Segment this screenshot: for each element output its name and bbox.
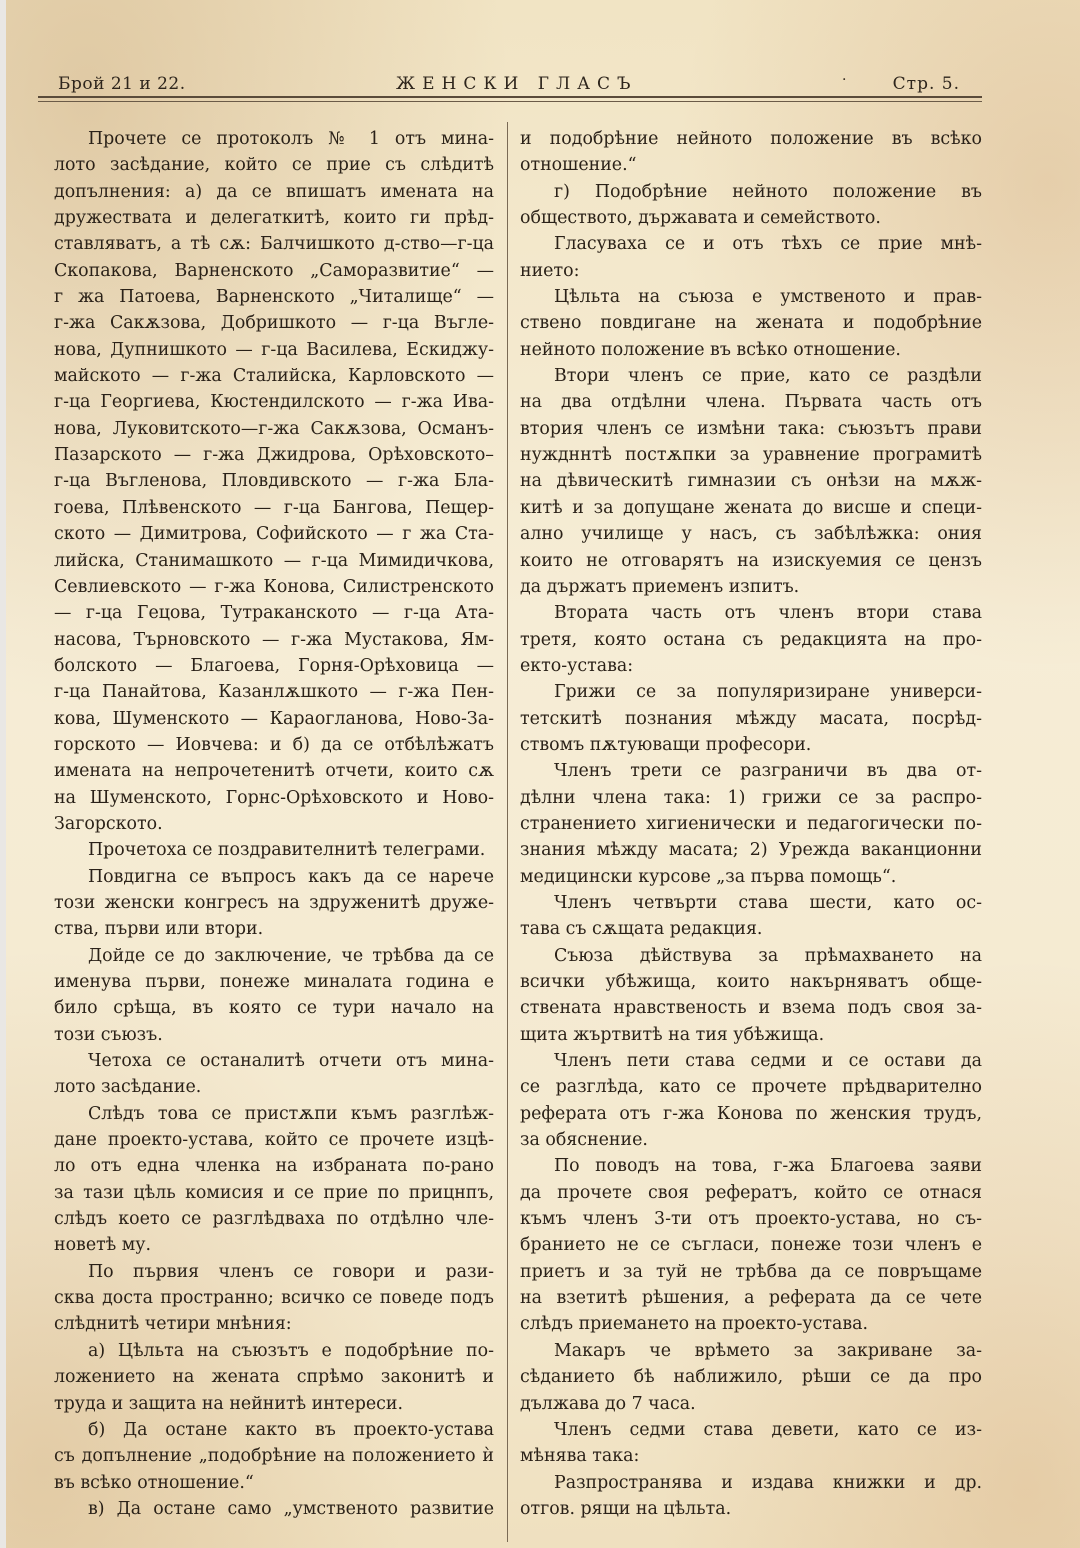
text-line: имената на непрочетенитѣ отчети, които с…	[54, 758, 494, 784]
text-line: Прочетоха се поздравителнитѣ телеграми.	[54, 837, 494, 863]
text-line: въ всѣко отношение.“	[54, 1470, 494, 1496]
text-line: Пазарското — г-жа Джидрова, Орѣховското–	[54, 442, 494, 468]
text-line: обществото, държавата и семейството.	[520, 205, 982, 231]
text-line: отношение.“	[520, 152, 982, 178]
text-line: нейното положение въ всѣко отношение.	[520, 337, 982, 363]
text-line: ствено повдигане на жената и подобрѣние	[520, 310, 982, 336]
text-line: слѣднитѣ четири мнѣния:	[54, 1311, 494, 1337]
text-line: г-ца Георгиева, Кюстендилското — г-жа Ив…	[54, 389, 494, 415]
text-line: втория членъ се измѣни така: съюзътъ пра…	[520, 416, 982, 442]
text-line: Дойде се до заключение, че трѣбва да се	[54, 943, 494, 969]
text-line: По поводъ на това, г-жа Благоева заяви	[520, 1153, 982, 1179]
text-line: Слѣдъ това се пристѫпи къмъ разглѣж-	[54, 1101, 494, 1127]
text-line: болското — Благоева, Горня-Орѣховица —	[54, 653, 494, 679]
page-number: Стр. 5.	[893, 72, 960, 96]
text-line: знания мѣжду масата; 2) Урежда ваканцион…	[520, 837, 982, 863]
text-line: сѣданието бѣ наближило, рѣши се да про	[520, 1364, 982, 1390]
text-line: нова, Дупнишкото — г-ца Василева, Ескидж…	[54, 337, 494, 363]
text-line: б) Да остане както въ проекто-устава	[54, 1417, 494, 1443]
text-line: в) Да остане само „умственото развитие	[54, 1496, 494, 1522]
text-line: ло отъ една членка на избраната по-рано	[54, 1153, 494, 1179]
text-line: било срѣща, въ която се тури начало на	[54, 995, 494, 1021]
text-line: медицински курсове „за първа помощь“.	[520, 864, 982, 890]
text-line: отгов. рящи на цѣльта.	[520, 1496, 982, 1522]
text-line: Съюза дѣйствува за прѣмахването на	[520, 943, 982, 969]
text-line: третя, която остана съ редакцията на про…	[520, 627, 982, 653]
text-line: този съюзъ.	[54, 1022, 494, 1048]
text-line: мѣнява така:	[520, 1443, 982, 1469]
text-line: нуждннтѣ постѫпки за уравнение програмит…	[520, 442, 982, 468]
text-line: странението хигиенически и педагогически…	[520, 811, 982, 837]
text-line: Загорското.	[54, 811, 494, 837]
text-line: лото засѣдание, който се прие съ слѣдитѣ	[54, 152, 494, 178]
right-column: и подобрѣние нейното положение въ всѣкоо…	[520, 126, 982, 1522]
text-line: Разпространява и издава книжки и др.	[520, 1470, 982, 1496]
text-line: г) Подобрѣние нейното положение въ	[520, 179, 982, 205]
text-line: екто-устава:	[520, 653, 982, 679]
text-line: г-жа Сакѫзова, Добришкото — г-ца Въгле-	[54, 310, 494, 336]
text-line: Севлиевското — г-жа Конова, Силистренско…	[54, 574, 494, 600]
text-line: — г-ца Гецова, Тутраканското — г-ца Ата-	[54, 600, 494, 626]
text-line: всички убѣжища, които накърняватъ обще-	[520, 969, 982, 995]
text-line: Членъ седми става девети, като се из-	[520, 1417, 982, 1443]
text-line: дане проекто-устава, който се прочете из…	[54, 1127, 494, 1153]
text-line: Втори членъ се прие, като се раздѣли	[520, 363, 982, 389]
text-line: за тази цѣль комисия и се прие по прицнп…	[54, 1180, 494, 1206]
text-line: на взетитѣ рѣшения, а реферата да се чет…	[520, 1285, 982, 1311]
text-line: нова, Луковитското—г-жа Сакѫзова, Османъ…	[54, 416, 494, 442]
text-line: нието:	[520, 258, 982, 284]
text-line: китѣ и за допущане жената до висше и спе…	[520, 495, 982, 521]
text-line: ства, първи или втори.	[54, 916, 494, 942]
text-line: да прочете своя рефератъ, който се отнас…	[520, 1180, 982, 1206]
text-line: слѣдъ приемането на проекто-устава.	[520, 1311, 982, 1337]
text-line: щита жъртвитѣ на тия убѣжища.	[520, 1022, 982, 1048]
text-line: Гласуваха се и отъ тѣхъ се прие мнѣ-	[520, 231, 982, 257]
text-line: къмъ членъ 3-ти отъ проекто-устава, но с…	[520, 1206, 982, 1232]
text-line: на дѣвическитѣ гимназии съ онѣзи на мѫж-	[520, 468, 982, 494]
text-line: лийска, Станимашкото — г-ца Мимидичкова,	[54, 548, 494, 574]
left-column: Прочете се протоколъ № 1 отъ мина-лото з…	[54, 126, 494, 1522]
header-double-rule	[38, 96, 982, 102]
text-line: на два отдѣлни члена. Първата часть отъ	[520, 389, 982, 415]
text-line: горското — Иовчева: и б) да се отбѣлѣжат…	[54, 732, 494, 758]
text-line: Прочете се протоколъ № 1 отъ мина-	[54, 126, 494, 152]
text-line: Четоха се останалитѣ отчети отъ мина-	[54, 1048, 494, 1074]
text-line: майското — г-жа Сталийска, Карловското —	[54, 363, 494, 389]
text-line: По първия членъ се говори и рази-	[54, 1259, 494, 1285]
print-speck: ·	[842, 68, 846, 92]
text-line: а) Цѣльта на съюзътъ е подобрѣние по-	[54, 1338, 494, 1364]
text-line: г-ца Въгленова, Пловдивското — г-жа Бла-	[54, 468, 494, 494]
text-line: Макаръ че врѣмето за закриване за-	[520, 1338, 982, 1364]
text-line: съ допълнение „подобрѣние на положението…	[54, 1443, 494, 1469]
text-line: сква доста пространно; всичко се поведе …	[54, 1285, 494, 1311]
text-line: Втората часть отъ членъ втори става	[520, 600, 982, 626]
text-line: труда и защита на нейнитѣ интереси.	[54, 1391, 494, 1417]
text-line: на Шуменското, Горнс-Орѣховското и Ново-	[54, 785, 494, 811]
text-line: ложението на жената спрѣмо законитѣ и	[54, 1364, 494, 1390]
issue-number: Брой 21 и 22.	[58, 72, 186, 96]
text-line: Членъ трети се разграничи въ два от-	[520, 758, 982, 784]
text-line: Скопакова, Варненското „Саморазвитие“ —	[54, 258, 494, 284]
text-line: Членъ четвърти става шести, като ос-	[520, 890, 982, 916]
text-line: дължава до 7 часа.	[520, 1391, 982, 1417]
text-line: дружествата и делегаткитѣ, които ги прѣд…	[54, 205, 494, 231]
newspaper-page: Брой 21 и 22. ЖЕНСКИ ГЛАСЪ · Стр. 5. Про…	[0, 0, 1080, 1548]
text-line: тетскитѣ познания мѣжду масата, посрѣд-	[520, 706, 982, 732]
text-line: Членъ пети става седми и се остави да	[520, 1048, 982, 1074]
page-header: Брой 21 и 22. ЖЕНСКИ ГЛАСЪ · Стр. 5.	[58, 72, 980, 96]
text-line: реферата отъ г-жа Конова по женския труд…	[520, 1101, 982, 1127]
text-line: Грижи се за популяризиране универси-	[520, 679, 982, 705]
text-line: именува първи, понеже миналата година е	[54, 969, 494, 995]
text-line: лото засѣдание.	[54, 1074, 494, 1100]
text-line: г жа Патоева, Варненското „Читалище“ —	[54, 284, 494, 310]
text-line: кова, Шуменското — Караогланова, Ново-За…	[54, 706, 494, 732]
text-line: Цѣльта на съюза е умственото и прав-	[520, 284, 982, 310]
text-line: ствената нравственость и взема подъ своя…	[520, 995, 982, 1021]
column-divider	[507, 122, 508, 1542]
newspaper-title: ЖЕНСКИ ГЛАСЪ	[396, 72, 638, 96]
text-line: г-ца Панайтова, Казанлѫшкото — г-жа Пен-	[54, 679, 494, 705]
text-line: Повдигна се въпросъ какъ да се нарече	[54, 864, 494, 890]
text-line: допълнения: а) да се впишатъ имената на	[54, 179, 494, 205]
text-line: слѣдъ което се разглѣдваха по отдѣлно чл…	[54, 1206, 494, 1232]
text-line: тава съ сѫщата редакция.	[520, 916, 982, 942]
text-line: ствомъ пѫтуюващи професори.	[520, 732, 982, 758]
text-line: гоева, Плѣвенското — г-ца Бангова, Пещер…	[54, 495, 494, 521]
text-line: дѣлни члена така: 1) грижи се за распро-	[520, 785, 982, 811]
text-line: се разглѣда, като се прочете прѣдварител…	[520, 1074, 982, 1100]
text-line: да държатъ приеменъ изпитъ.	[520, 574, 982, 600]
text-line: насова, Търновското — г-жа Мустакова, Ям…	[54, 627, 494, 653]
text-line: новетѣ му.	[54, 1232, 494, 1258]
text-line: ското — Димитрова, Софийското — г жа Ста…	[54, 521, 494, 547]
text-line: които не отговарятъ на изискуемия се цен…	[520, 548, 982, 574]
text-line: ставляватъ, а тѣ сѫ: Балчишкото д-ство—г…	[54, 231, 494, 257]
text-line: за обяснение.	[520, 1127, 982, 1153]
text-line: ално училище у насъ, съ забѣлѣжка: ония	[520, 521, 982, 547]
text-line: и подобрѣние нейното положение въ всѣко	[520, 126, 982, 152]
text-line: приетъ и за туй не трѣбва да се повръщам…	[520, 1259, 982, 1285]
text-line: този женски конгресъ на здруженитѣ друже…	[54, 890, 494, 916]
text-line: бранието не се съгласи, понеже този член…	[520, 1232, 982, 1258]
